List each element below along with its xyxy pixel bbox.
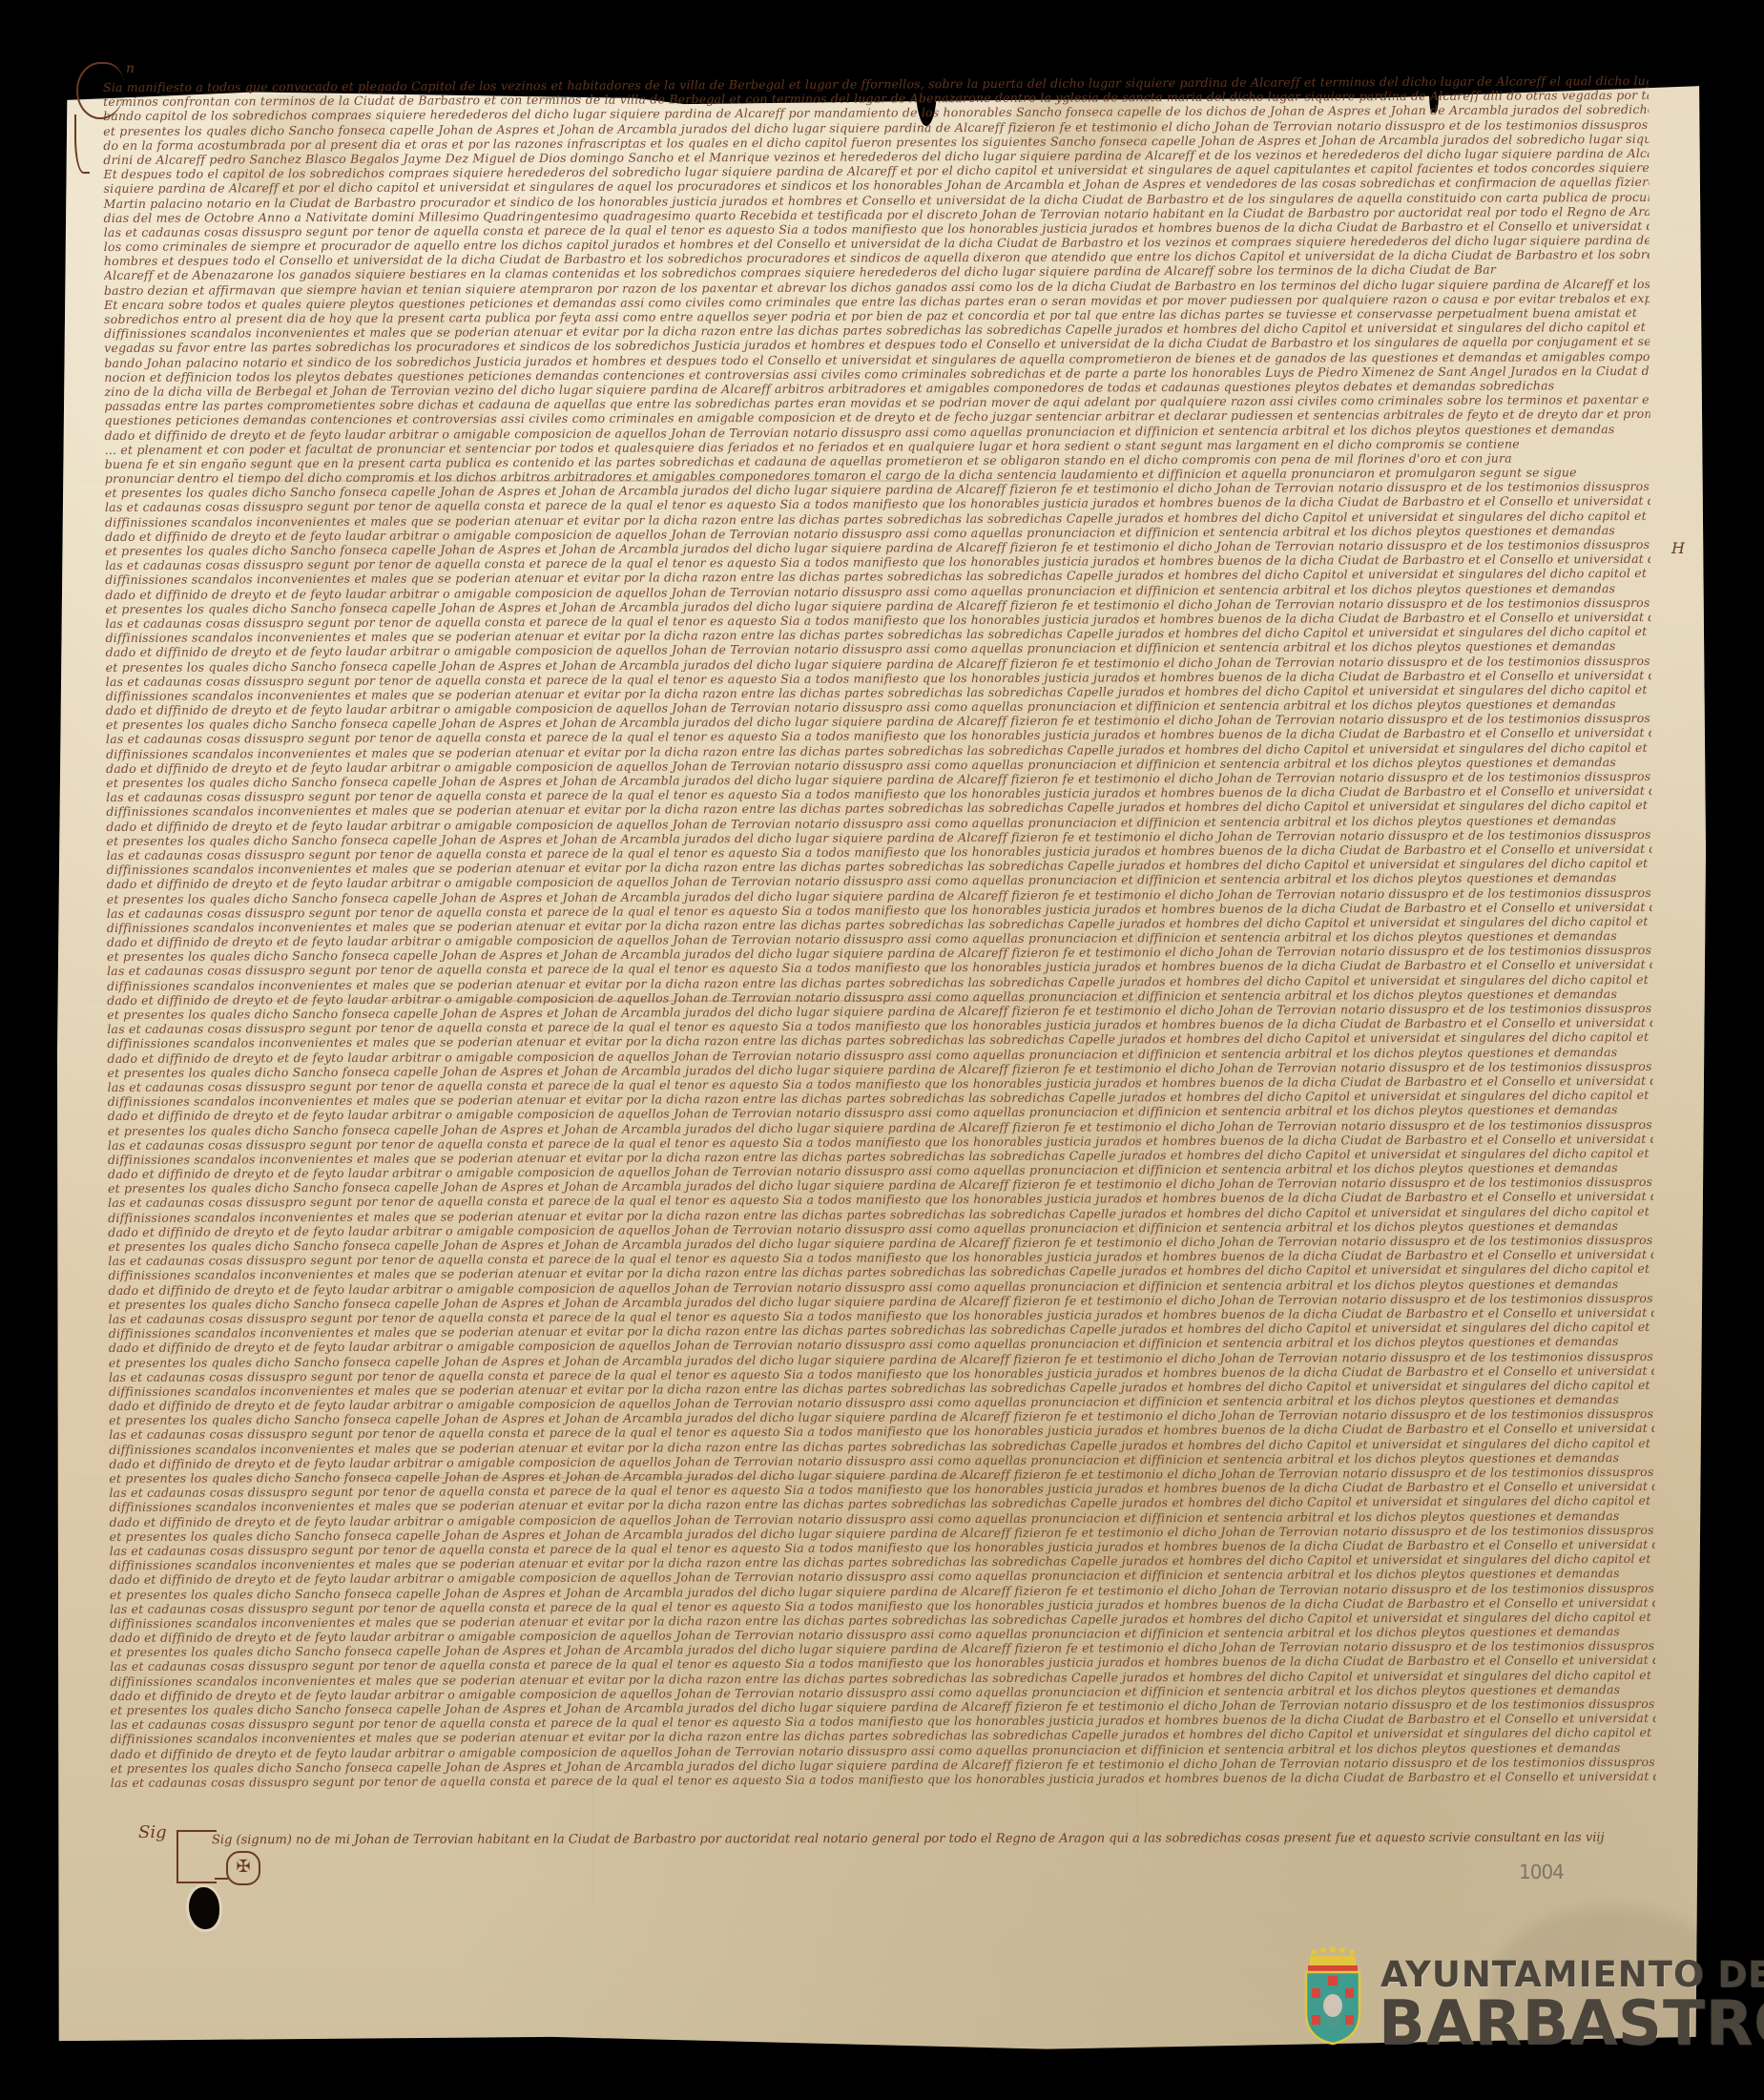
watermark-line-2: BARBASTRO [1379,1988,1764,2059]
archive-number-pencil: 1004 [1519,1861,1564,1883]
barbastro-coat-of-arms-icon [1302,1946,1363,2046]
charter-body-text: Sia manifiesto a todos que convocado et … [103,73,1656,1790]
notary-mark-icon: ✠ [226,1851,260,1885]
parchment-hole [189,1887,219,1929]
ayuntamiento-watermark: AYUNTAMIENTO DE BARBASTRO [1302,1946,1722,2061]
notary-subscription: Sig (signum) no de mi Johan de Terrovian… [212,1831,1605,1848]
initial-superscript: n [126,61,135,76]
marginal-mark: H [1671,539,1685,557]
initial-flourish [74,114,90,174]
signum-label: Sig [138,1822,167,1842]
signum-bracket [176,1830,217,1883]
signum-connector [215,1878,228,1880]
continued-text-lines: et presentes los quales dicho Sancho fon… [105,479,1656,1790]
